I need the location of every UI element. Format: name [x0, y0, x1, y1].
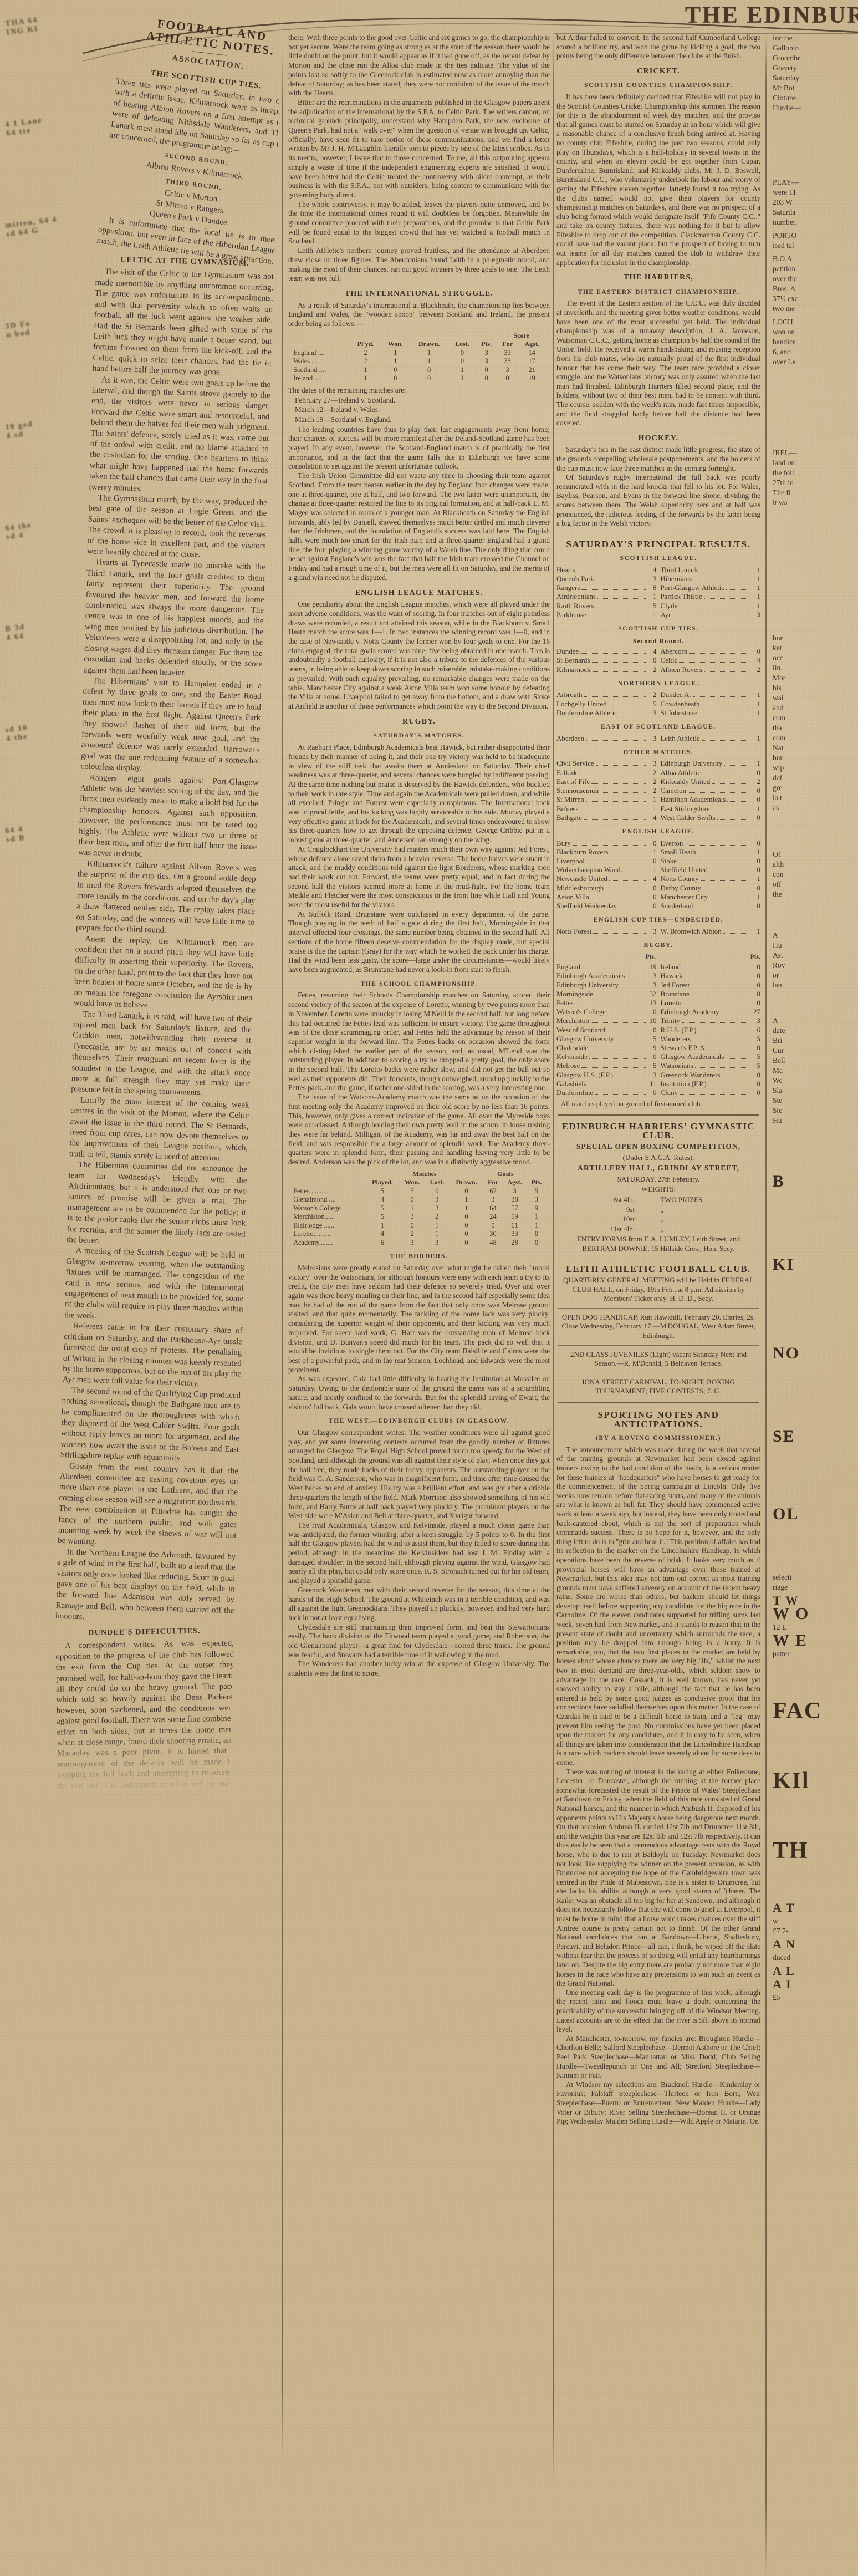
dot-leader — [601, 792, 645, 793]
dot-leader — [691, 987, 749, 987]
cell-value: 0 — [484, 1221, 502, 1230]
column-header: Drawn. — [410, 340, 448, 349]
cell-value: 1 — [410, 357, 448, 366]
dot-leader — [723, 933, 749, 934]
result-row: Kilmarnock2Albion Rovers2 — [556, 665, 760, 674]
cropped-text-fragment: hor ket occ lin. Mor his wai and com tha… — [773, 633, 858, 813]
dot-leader — [701, 706, 749, 706]
team-name: Manchester City — [661, 893, 708, 902]
advert-weight-row: 9st„ — [556, 1205, 760, 1215]
team-name: Edinburgh Academy — [661, 1007, 719, 1016]
away-side: Notts County1 — [661, 874, 761, 883]
paragraph: One peculiarity about the English League… — [288, 600, 550, 711]
away-side: East Stirlingshire1 — [661, 805, 761, 813]
paragraph: As was expected, Gala had little difficu… — [288, 1374, 550, 1412]
dot-leader — [620, 987, 646, 987]
team-name: R.H.S. (F.P.) — [661, 1026, 697, 1035]
dot-leader — [581, 1067, 645, 1068]
column-header: Pl'yd. — [350, 340, 381, 349]
score: 2 — [647, 690, 657, 699]
paragraph: Locally the main interest of the coming … — [69, 1095, 249, 1165]
dot-leader — [712, 811, 749, 811]
paragraph: Hearts at Tynecastle made no mistake wit… — [83, 557, 265, 681]
score: 5 — [751, 1061, 760, 1070]
column-two: there. With three points to the good ove… — [288, 33, 550, 2461]
home-side: Newcastle United4 — [556, 874, 661, 883]
score: 1 — [751, 734, 760, 743]
dot-leader — [724, 765, 749, 766]
team-name: Glasgow Academicals — [661, 1052, 724, 1061]
away-side: R.H.S. (F.P.)6 — [661, 1026, 761, 1035]
row-name: Watson's College — [292, 1204, 365, 1213]
away-side: Jed Forest0 — [661, 981, 761, 990]
results-list: Dundee4Abercorn0St Bernards0Celtic4Kilma… — [556, 647, 760, 674]
dot-leader — [712, 783, 749, 784]
dot-leader — [727, 801, 749, 802]
dot-leader — [691, 996, 749, 996]
cell-value: 3 — [476, 357, 497, 366]
table-row: Academy........633048280 — [292, 1239, 546, 1248]
score: 2 — [647, 665, 657, 674]
section-subheading: EAST OF SCOTLAND LEAGUE. — [556, 722, 760, 732]
result-row: Bo'ness1East Stirlingshire1 — [556, 805, 760, 813]
paragraph: A correspondent writes: As was expected,… — [55, 1638, 237, 1803]
score: 4 — [647, 647, 657, 656]
home-side: Notts Forest3 — [556, 927, 661, 936]
section-subheading: NORTHERN LEAGUE. — [556, 679, 760, 689]
advert-title: EDINBURGH HARRIERS' GYMNASTIC CLUB. — [556, 1122, 760, 1141]
dot-leader — [700, 572, 749, 572]
dot-leader — [588, 1086, 646, 1086]
result-row: Sheffield Wednesday0Sunderland0 — [556, 902, 760, 910]
dot-leader — [595, 1094, 646, 1095]
score: 1 — [751, 583, 760, 592]
advert-weight-row: 10st„ — [556, 1215, 760, 1224]
section-subheading: THE BORDERS. — [288, 1252, 550, 1261]
home-side: Bathgate4 — [556, 813, 661, 822]
result-row: Rangers8Port-Glasgow Athletic1 — [556, 583, 760, 592]
cell-value: 0 — [449, 1230, 483, 1239]
score: 2 — [647, 777, 657, 786]
advert-drop-cap: NO — [773, 1348, 858, 1358]
score: 0 — [751, 768, 760, 777]
team-name: Watson's College — [556, 1007, 606, 1016]
score: 5 — [647, 1061, 657, 1070]
section-heading: ENGLISH LEAGUE MATCHES. — [288, 589, 550, 598]
team-name: Port-Glasgow Athletic — [661, 583, 725, 592]
cell-value: 0 — [449, 1221, 483, 1230]
home-side: Melrose5 — [556, 1061, 661, 1070]
paragraph: Anent the replay, the Kilmarnock men are… — [74, 934, 254, 1014]
home-side: Middlesborough0 — [556, 884, 661, 893]
dot-leader — [595, 996, 646, 996]
team-name: Sheffield Wednesday — [556, 902, 617, 910]
section-heading: HOCKEY. — [556, 434, 760, 444]
home-side: Aberdeen3 — [556, 734, 661, 743]
group-label — [527, 1170, 546, 1179]
away-side: Stoke0 — [661, 857, 761, 866]
score: 0 — [751, 857, 760, 866]
dot-leader — [615, 1077, 645, 1077]
section-subheading: ENGLISH LEAGUE. — [556, 827, 760, 837]
team-name: Edinburgh Academicals — [556, 971, 625, 980]
team-name: Small Heath — [661, 848, 696, 857]
team-name: Clydesdale — [556, 1043, 588, 1052]
column-header: Played. — [365, 1178, 399, 1187]
score: 0 — [751, 990, 760, 999]
team-name: East of Fife — [556, 777, 590, 786]
result-row: Arbroath2Dundee A.1 — [556, 690, 760, 699]
result-row: Civil Service3Edinburgh University1 — [556, 759, 760, 768]
result-row: Glasgow H.S. (F.P.)3Greenock Wanderers0 — [556, 1071, 760, 1080]
home-side: Airdrieonians1 — [556, 592, 661, 601]
spacer — [773, 116, 858, 177]
score: 1 — [751, 874, 760, 883]
result-row: Parkhouse1Ayr3 — [556, 610, 760, 619]
away-side: Hibernians1 — [661, 574, 761, 583]
team-name: Morningside — [556, 990, 593, 999]
column-header: For — [497, 340, 518, 349]
dot-leader — [619, 715, 646, 715]
cell-value: 33 — [497, 349, 518, 358]
team-name: Edinburgh University — [661, 759, 723, 768]
dot-leader — [586, 740, 645, 741]
home-side: Queen's Park3 — [556, 574, 661, 583]
score: 5 — [751, 1035, 760, 1043]
date-line: March 19—Scotland v. England. — [288, 415, 550, 425]
cell-value: 0 — [400, 1221, 425, 1230]
paragraph: Fettes, resuming their Schools Champions… — [288, 991, 550, 1093]
column-header: Pts. — [476, 340, 497, 349]
team-name: Blackburn Rovers — [556, 848, 608, 857]
home-side: Civil Service3 — [556, 759, 661, 768]
team-name: Leith Athletic — [661, 734, 700, 743]
paragraph: The Irish Union Committee did not waste … — [288, 471, 550, 582]
score: 4 — [647, 874, 657, 883]
score: 5 — [751, 1052, 760, 1061]
team-name: Cowdenbeath — [661, 700, 700, 709]
advert-drop-cap: W E — [773, 1636, 858, 1646]
team-name: Edinburgh University — [556, 981, 619, 990]
dot-leader — [593, 671, 646, 672]
dot-leader — [695, 1067, 749, 1068]
team-name: Falkirk — [556, 768, 577, 777]
dot-leader — [693, 581, 749, 581]
paragraph: The event of the Eastern section of the … — [556, 299, 760, 427]
home-side: Liverpool0 — [556, 857, 661, 866]
advert-rule — [558, 1258, 759, 1258]
score: 3 — [647, 971, 657, 980]
column-divider-2 — [553, 34, 554, 2485]
prize: TWO PRIZES. — [660, 1195, 721, 1205]
cell-value: 1 — [365, 1221, 399, 1230]
cell-value: 0 — [400, 1195, 425, 1204]
dot-leader — [591, 899, 646, 899]
score: 5 — [647, 1035, 657, 1043]
result-row: Melrose5Watsonians5 — [556, 1061, 760, 1070]
home-side: Parkhouse1 — [556, 610, 661, 619]
section-heading: THE HARRIERS, — [556, 273, 760, 283]
score: 10 — [647, 1016, 657, 1025]
advert-caps: ARTILLERY HALL, GRINDLAY STREET, — [560, 1164, 757, 1173]
away-side: Greenock Wanderers0 — [661, 1071, 761, 1080]
paragraph: Referees came in for their customary sha… — [62, 1321, 242, 1391]
home-side: Bo'ness1 — [556, 805, 661, 813]
row-name: Glenalmond .... — [292, 1195, 365, 1204]
home-side: Dunfermline0 — [556, 1088, 661, 1097]
advert-drop-cap: KIl — [773, 1769, 858, 1793]
paragraph: Leith Athletic's northern journey proved… — [288, 246, 550, 283]
cell-value: 48 — [484, 1239, 502, 1248]
dot-leader — [626, 978, 645, 978]
team-name: Wolverhampton Wand. — [556, 866, 622, 874]
dot-leader — [615, 1041, 645, 1041]
team-name: West Calder Swifts — [661, 813, 716, 822]
advert-caps: SPECIAL OPEN BOXING COMPETITION, — [560, 1142, 757, 1152]
score: 0 — [751, 866, 760, 874]
cropped-text-fragment: PORTO ised tal — [773, 231, 858, 251]
dot-leader — [708, 1050, 749, 1050]
result-row: West of Scotland0R.H.S. (F.P.)6 — [556, 1026, 760, 1035]
spacer — [773, 1796, 858, 1835]
cell-value: 0 — [410, 366, 448, 375]
result-row: Falkirk2Alloa Athletic0 — [556, 768, 760, 777]
cell-value: 64 — [484, 1204, 502, 1213]
schools-table: MatchesGoalsPlayed.Won.Lost.Drawn.ForAgs… — [292, 1170, 546, 1248]
score: 4 — [647, 813, 657, 822]
results-note: All matches played on ground of first-na… — [556, 1099, 760, 1109]
cell-value: 2 — [350, 349, 381, 358]
table-head: ScorePl'yd.Won.Drawn.Lost.Pts.ForAgst. — [292, 332, 546, 349]
score: 0 — [751, 647, 760, 656]
score: 32 — [647, 990, 657, 999]
spacer — [773, 1727, 858, 1765]
advert-line: SATURDAY, 27th February. — [560, 1175, 757, 1184]
dot-leader — [708, 1086, 749, 1086]
dot-leader — [682, 1022, 749, 1023]
spacer — [773, 1273, 858, 1345]
dot-leader — [573, 845, 646, 846]
team-name: Liverpool — [556, 857, 585, 866]
team-name: Kelvinside — [556, 1052, 588, 1061]
row-name: Ireland .... — [292, 374, 350, 383]
dot-leader — [584, 696, 646, 697]
row-name: Merchiston...... — [292, 1213, 365, 1221]
dot-leader — [586, 863, 646, 863]
cell-value: 5 — [527, 1187, 546, 1196]
dot-leader — [682, 969, 749, 969]
paragraph: The Hibernians' visit to Hampden ended i… — [80, 675, 262, 777]
column-header — [292, 1178, 365, 1187]
away-side: Loretto0 — [661, 999, 761, 1007]
cell-value: 38 — [502, 1195, 527, 1204]
team-name: Watsonians — [661, 1061, 693, 1070]
team-name: Everton — [661, 839, 683, 848]
home-side: Merchiston10 — [556, 1016, 661, 1025]
dot-leader — [580, 653, 645, 654]
paragraph: Clydesdale are still maintaining their i… — [288, 1623, 550, 1660]
dot-leader — [685, 978, 749, 978]
score: 11 — [647, 1080, 657, 1088]
result-row: Morningside32Brunstane0 — [556, 990, 760, 999]
table-body: England ....211033314Wales ....211033517… — [292, 349, 546, 383]
paragraph: The visit of the Celtic to the Gymnasium… — [93, 267, 274, 380]
section-subheading: SCOTTISH LEAGUE. — [556, 554, 760, 563]
team-name: Hibernians — [661, 574, 692, 583]
team-name: Alloa Athletic — [661, 768, 701, 777]
table-row: Watson's College513164579 — [292, 1204, 546, 1213]
row-name: England .... — [292, 349, 350, 358]
table-row: Merchiston......532024191 — [292, 1213, 546, 1221]
group-label — [292, 332, 497, 340]
dot-leader — [702, 775, 749, 775]
score: 3 — [647, 734, 657, 743]
table-body: Fettes ..........55006735Glenalmond ....… — [292, 1187, 546, 1248]
cropped-text-fragment: B.O.A petition over the Bros. A 37½ exc … — [773, 254, 858, 314]
team-name: W. Bromwich Albion — [661, 927, 722, 936]
home-side: St Mirren1 — [556, 795, 661, 804]
advert-rule — [558, 1308, 759, 1309]
score: 13 — [647, 999, 657, 1007]
result-row: Wolverhampton Wand.1Sheffield United0 — [556, 866, 760, 874]
dot-leader — [709, 899, 749, 899]
home-side: Hearts4 — [556, 566, 661, 574]
team-name: Glasgow University — [556, 1035, 614, 1043]
dot-leader — [704, 671, 749, 672]
result-row: St Mirren1Hamilton Academicals0 — [556, 795, 760, 804]
result-row: Bury0Everton0 — [556, 839, 760, 848]
away-side: Clyde1 — [661, 602, 761, 610]
cell-value: 3 — [425, 1239, 449, 1248]
team-name: Greenock Wanderers — [661, 1071, 721, 1080]
spacer — [773, 511, 858, 633]
cell-value: 57 — [502, 1204, 527, 1213]
cell-value: 19 — [518, 374, 545, 383]
result-row: Airdrieonians1Partick Thistle1 — [556, 592, 760, 601]
away-side: Partick Thistle1 — [661, 592, 761, 601]
team-name: Jed Forest — [661, 981, 690, 990]
result-row: Raith Rovers5Clyde1 — [556, 602, 760, 610]
result-row: Middlesborough0Derby County0 — [556, 884, 760, 893]
away-side: Abercorn0 — [661, 647, 761, 656]
team-name: Wanderers — [661, 1035, 691, 1043]
score: 0 — [751, 981, 760, 990]
cropped-text-fragment: w £7 7s — [773, 1916, 858, 1936]
home-side: Wolverhampton Wand.1 — [556, 866, 661, 874]
score: 0 — [751, 786, 760, 795]
column-header: Agst. — [502, 1178, 527, 1187]
section-subheading: THE WEST.—EDINBURGH CLUBS IN GLASGOW. — [288, 1417, 550, 1426]
home-side: Watson's College0 — [556, 1007, 661, 1016]
results-list: Civil Service3Edinburgh University1Falki… — [556, 759, 760, 822]
advert-drop-cap: SE — [773, 1432, 858, 1442]
cell-value: 1 — [449, 1195, 483, 1204]
score: 1 — [751, 927, 760, 936]
cell-value: 0 — [527, 1239, 546, 1248]
paragraph: Bitter are the recriminations in the arg… — [288, 98, 550, 200]
result-row: Aston Villa0Manchester City1 — [556, 893, 760, 902]
away-side: Institution (F.P.)0 — [661, 1080, 761, 1088]
score: 1 — [647, 610, 657, 619]
group-label: Matches — [365, 1170, 484, 1179]
section-subheading: SCOTTISH COUNTIES CHAMPIONSHIP. — [556, 81, 760, 90]
team-name: Aston Villa — [556, 893, 589, 902]
dot-leader — [698, 1032, 749, 1032]
score: 2 — [647, 786, 657, 795]
advert-rule — [558, 1373, 759, 1373]
section-heading: DUNDEE'S DIFFICULTIES. — [55, 1625, 233, 1638]
dot-leader — [605, 890, 645, 890]
team-name: Lochgelly United — [556, 700, 607, 709]
away-side: Edinburgh University1 — [661, 759, 761, 768]
table-row: Glenalmond ....40313383 — [292, 1195, 546, 1204]
weight: 8st 4lb. — [596, 1195, 635, 1205]
team-name: Brunstane — [661, 990, 690, 999]
result-row: Glasgow University5Wanderers5 — [556, 1035, 760, 1043]
paragraph: The second round of the Qualifying Cup p… — [60, 1386, 241, 1466]
result-row: Edinburgh Academicals3Hawick0 — [556, 971, 760, 980]
home-side: Aston Villa0 — [556, 893, 661, 902]
result-row: Galashiels11Institution (F.P.)0 — [556, 1080, 760, 1088]
score: 1 — [751, 566, 760, 574]
cell-value: 0 — [425, 1187, 449, 1196]
away-side: W. Bromwich Albion1 — [661, 927, 761, 936]
section-subheading: THE EASTERN DISTRICT CHAMPIONSHIP. — [556, 288, 760, 297]
score: 4 — [647, 566, 657, 574]
score: 3 — [751, 610, 760, 619]
advert-drop-cap: TH — [773, 1839, 858, 1863]
dot-leader — [689, 653, 749, 654]
cell-value: 2 — [350, 357, 381, 366]
score: 1 — [751, 602, 760, 610]
cell-value: 1 — [350, 366, 381, 375]
home-side: Raith Rovers5 — [556, 602, 661, 610]
dot-leader — [688, 792, 749, 793]
advert-rule — [558, 1345, 759, 1346]
team-name: Airdrieonians — [556, 592, 596, 601]
away-side: Small Heath1 — [661, 848, 761, 857]
advert-drop-cap: B — [773, 1177, 858, 1187]
dot-leader — [588, 617, 646, 617]
dot-leader — [693, 696, 749, 697]
advert-drop-cap: A T — [773, 1903, 858, 1913]
away-side: Cowdenbeath1 — [661, 700, 761, 709]
row-name: Wales .... — [292, 357, 350, 366]
dot-leader — [609, 880, 646, 881]
score: 1 — [647, 805, 657, 813]
cell-value: 14 — [518, 349, 545, 358]
prize: „ — [660, 1205, 721, 1215]
team-name: Third Lanark — [661, 566, 698, 574]
score: 5 — [647, 700, 657, 709]
paragraph: Melrosians were greatly elated on Saturd… — [288, 1264, 550, 1374]
dot-leader — [717, 819, 749, 820]
score: 0 — [751, 902, 760, 910]
header-row: Played.Won.Lost.Drawn.ForAgst.Pts. — [292, 1178, 546, 1187]
cell-value: 0 — [527, 1230, 546, 1239]
cell-value: 3 — [502, 1187, 527, 1196]
away-side: Wanderers5 — [661, 1035, 761, 1043]
group-row: Score — [292, 332, 546, 340]
section-subheading: OTHER MATCHES. — [556, 748, 760, 757]
section-subheading: ENGLISH CUP TIES—UNDECIDED. — [556, 915, 760, 925]
newspaper-page: THA 64 ING KI4 1 Lane 64 ttemitten, 64 4… — [0, 0, 858, 2576]
dot-leader — [584, 819, 646, 820]
score: 27 — [751, 1007, 760, 1016]
score: 0 — [751, 1080, 760, 1088]
paragraph: Saturday's ties in the east district mad… — [556, 445, 760, 473]
away-side: Leith Athletic1 — [661, 734, 761, 743]
